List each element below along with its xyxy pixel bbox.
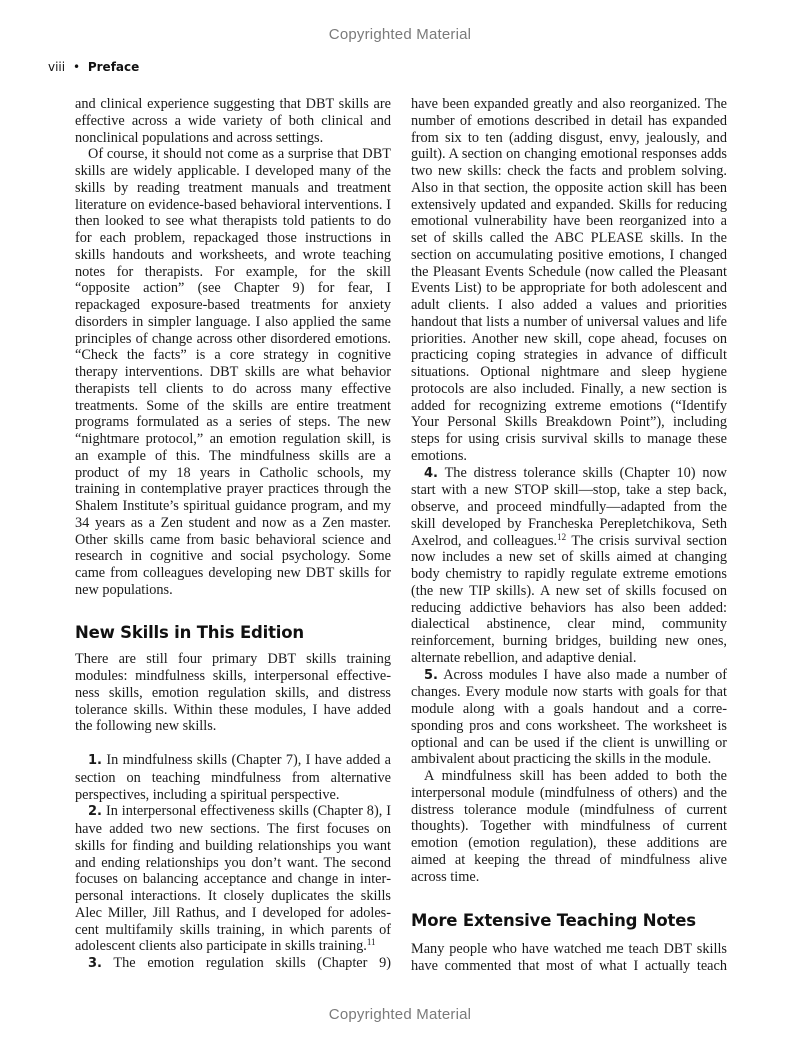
item-number: 4. xyxy=(424,466,438,481)
paragraph: Many people who have watched me teach DB… xyxy=(411,941,727,975)
list-item-continuation: have been expanded greatly and also reor… xyxy=(411,96,727,465)
paragraph: There are still four primary DBT skills … xyxy=(75,651,391,735)
item-text: The emotion regulation skills (Chapter 9… xyxy=(113,955,391,971)
item-number: 5. xyxy=(424,668,438,683)
item-number: 2. xyxy=(88,804,102,819)
spacer xyxy=(75,735,391,752)
item-text: In mindfulness skills (Chapter 7), I hav… xyxy=(75,752,391,803)
list-item: 3. The emotion regulation skills (Chapte… xyxy=(75,955,391,973)
copyright-watermark-top: Copyrighted Material xyxy=(0,26,800,43)
item-number: 1. xyxy=(88,753,102,768)
section-title: Preface xyxy=(88,60,139,74)
right-column: have been expanded greatly and also reor… xyxy=(411,96,727,975)
paragraph: and clinical experience suggesting that … xyxy=(75,96,391,146)
list-item: 4. The distress tolerance skills (Chapte… xyxy=(411,465,727,667)
item-text: The crisis survival sec­tion now include… xyxy=(411,533,727,666)
section-heading-new-skills: New Skills in This Edition xyxy=(75,625,391,642)
item-text: Across modules I have also made a number… xyxy=(411,667,727,768)
copyright-watermark-bottom: Copyrighted Material xyxy=(0,1006,800,1023)
list-item: 5. Across modules I have also made a num… xyxy=(411,667,727,769)
list-item: 2. In interpersonal effectiveness skills… xyxy=(75,803,391,955)
footnote-ref[interactable]: 11 xyxy=(367,937,376,947)
section-heading-teaching-notes: More Extensive Teaching Notes xyxy=(411,913,727,930)
footnote-ref[interactable]: 12 xyxy=(557,532,566,542)
paragraph: Of course, it should not come as a surpr… xyxy=(75,146,391,598)
bullet-separator-icon: • xyxy=(73,60,80,74)
page-number: viii xyxy=(48,60,65,74)
item-text: In interpersonal effectiveness skills (C… xyxy=(75,803,391,954)
left-column: and clinical experience suggesting that … xyxy=(75,96,391,973)
paragraph: A mindfulness skill has been added to bo… xyxy=(411,768,727,885)
running-head: viii • Preface xyxy=(48,60,139,74)
item-number: 3. xyxy=(88,956,102,971)
list-item: 1. In mindfulness skills (Chapter 7), I … xyxy=(75,752,391,803)
